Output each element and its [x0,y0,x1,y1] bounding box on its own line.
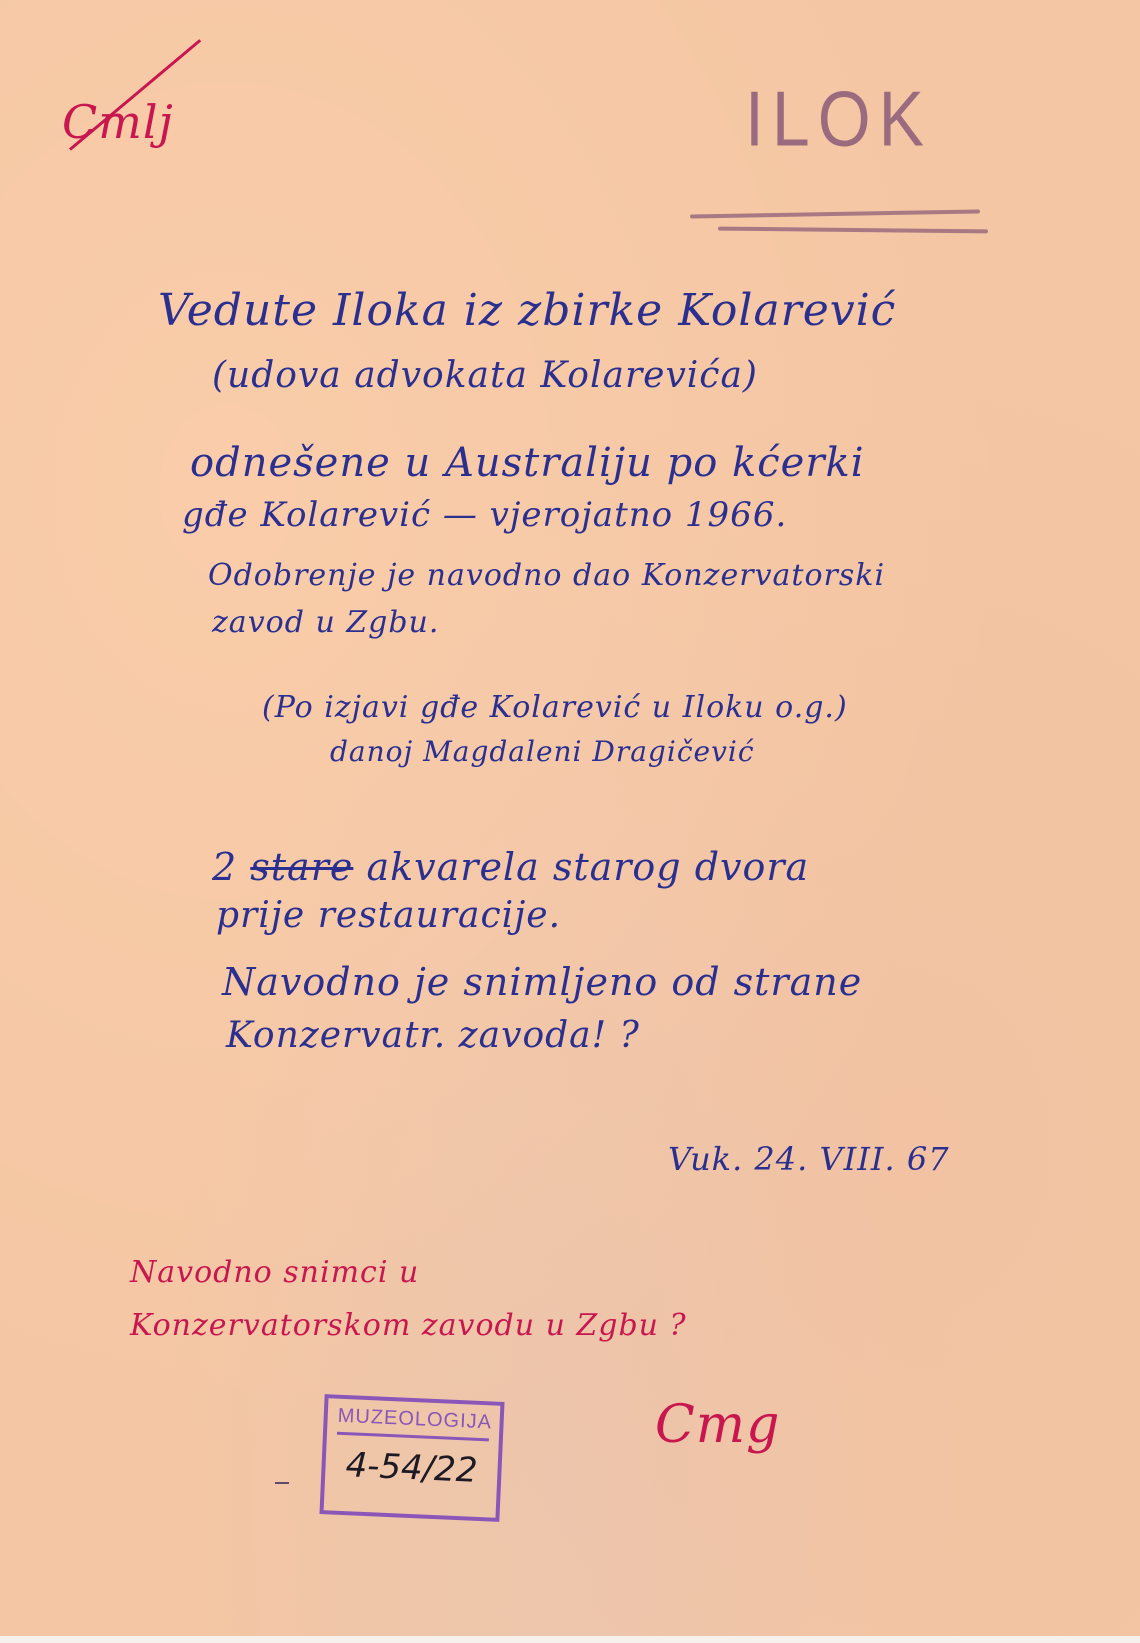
struck-word: stare [250,845,353,889]
body-line-6: zavod u Zgbu. [212,605,439,640]
initials-bottom: Cmg [655,1395,780,1455]
signature-date: Vuk. 24. VIII. 67 [668,1140,950,1178]
dash-mark [275,1482,289,1484]
second-note-line-2: prije restauracije. [216,895,561,936]
note-prefix: 2 [212,845,237,889]
scan-edge [0,1636,1140,1643]
body-line-7: (Po izjavi gđe Kolarević u Iloku o.g.) [262,690,848,725]
second-note-line-3: Navodno je snimljeno od strane [222,960,862,1004]
body-line-3: odnešene u Australiju po kćerki [190,440,865,486]
body-line-1: Vedute Iloka iz zbirke Kolarević [158,285,896,336]
second-note-line-4: Konzervatr. zavoda! ? [226,1015,640,1056]
archive-stamp: MUZEOLOGIJA 4-54/22 [319,1394,504,1522]
body-line-2: (udova advokata Kolarevića) [212,355,758,396]
place-title: ILOK [745,74,932,164]
document-page: Cmlj ILOK Vedute Iloka iz zbirke Kolarev… [0,0,1140,1636]
red-annotation-line-2: Konzervatorskom zavodu u Zgbu ? [130,1308,687,1343]
body-line-4: gđe Kolarević — vjerojatno 1966. [182,495,787,535]
red-annotation-line-1: Navodno snimci u [130,1255,419,1290]
title-underline-1 [690,209,980,218]
body-line-8: danoj Magdaleni Dragičević [330,735,755,768]
body-line-5: Odobrenje je navodno dao Konzervatorski [208,558,885,593]
stamp-number: 4-54/22 [325,1434,499,1491]
second-note-line-1: 2 stare akvarela starog dvora [212,845,809,889]
title-underline-2 [718,227,988,234]
note-line-1-rest: akvarela starog dvora [366,845,809,889]
